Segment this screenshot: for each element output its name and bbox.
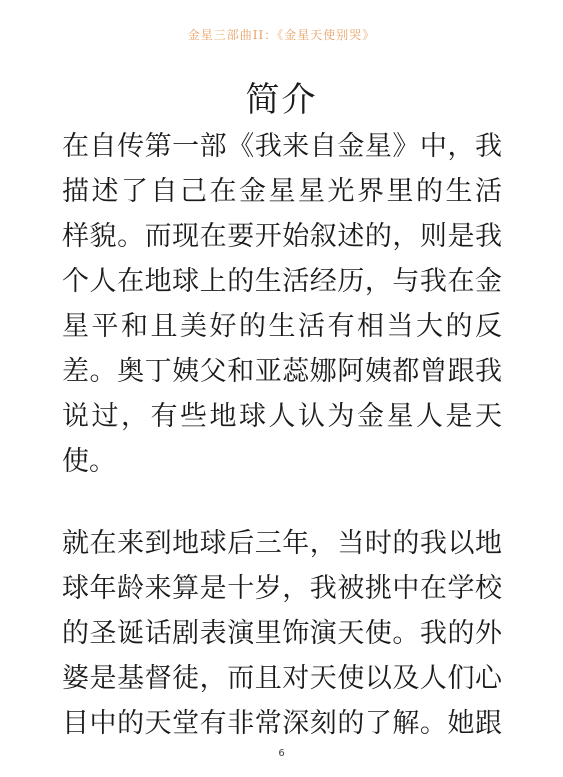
body-text-line: 婆是基督徒，而且对天使以及人们心 bbox=[62, 656, 502, 701]
body-text-line: 使。 bbox=[62, 439, 502, 484]
running-header: 金星三部曲II：《金星天使别哭》 bbox=[0, 26, 563, 43]
body-text-line: 星平和且美好的生活有相当大的反 bbox=[62, 304, 502, 349]
body-text-line: 差。奥丁姨父和亚蕊娜阿姨都曾跟我 bbox=[62, 349, 502, 394]
body-text-line: 在自传第一部《我来自金星》中，我 bbox=[62, 124, 502, 169]
body-text-line: 的圣诞话剧表演里饰演天使。我的外 bbox=[62, 611, 502, 656]
body-text: 在自传第一部《我来自金星》中，我 描述了自己在金星星光界里的生活 样貌。而现在要… bbox=[62, 124, 502, 746]
body-text-line: 样貌。而现在要开始叙述的，则是我 bbox=[62, 214, 502, 259]
body-text-line: 描述了自己在金星星光界里的生活 bbox=[62, 169, 502, 214]
body-text-line: 球年龄来算是十岁，我被挑中在学校 bbox=[62, 566, 502, 611]
body-text-line: 说过，有些地球人认为金星人是天 bbox=[62, 394, 502, 439]
page-number: 6 bbox=[0, 748, 563, 759]
paragraph-1: 在自传第一部《我来自金星》中，我 描述了自己在金星星光界里的生活 样貌。而现在要… bbox=[62, 124, 502, 484]
body-text-line: 目中的天堂有非常深刻的了解。她跟 bbox=[62, 701, 502, 746]
book-page: 金星三部曲II：《金星天使别哭》 简介 在自传第一部《我来自金星》中，我 描述了… bbox=[0, 0, 563, 777]
paragraph-2: 就在来到地球后三年，当时的我以地 球年龄来算是十岁，我被挑中在学校 的圣诞话剧表… bbox=[62, 521, 502, 746]
chapter-title: 简介 bbox=[0, 72, 563, 121]
body-text-line: 个人在地球上的生活经历，与我在金 bbox=[62, 259, 502, 304]
body-text-line: 就在来到地球后三年，当时的我以地 bbox=[62, 521, 502, 566]
